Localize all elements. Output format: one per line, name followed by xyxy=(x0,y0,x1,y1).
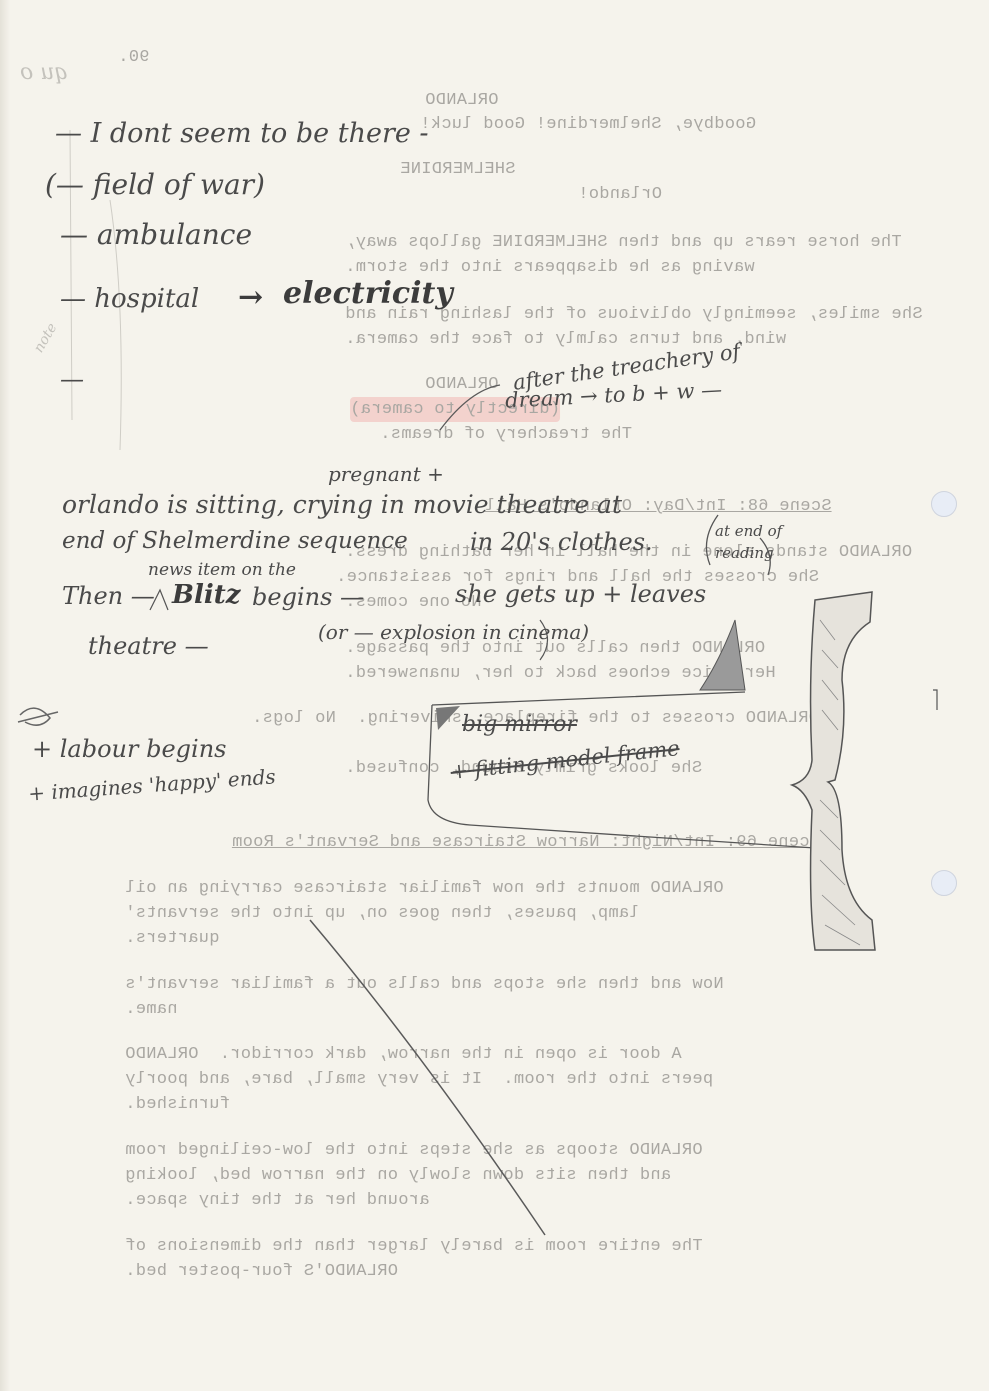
note-begins: begins — xyxy=(252,583,364,611)
note-ambulance: — ambulance xyxy=(60,218,252,251)
note-blitz: Blitz xyxy=(172,580,241,610)
note-at-end-of-reading: at end of reading xyxy=(715,520,785,564)
note-20s-clothes: in 20's clothes. xyxy=(470,528,653,556)
manuscript-page: 90. ORLANDO Goodbye, Shelmerdine! Good l… xyxy=(0,0,989,1391)
note-news-item: news item on the xyxy=(148,560,296,580)
note-pregnant: pregnant + xyxy=(328,462,444,486)
note-field-of-war: (— field of war) xyxy=(45,168,265,201)
arrow-icon: → xyxy=(238,280,263,315)
note-hospital: — hospital xyxy=(60,284,199,314)
note-explosion-cinema: (or — explosion in cinema) xyxy=(318,620,589,644)
pencil-sketch-layer xyxy=(0,0,989,1391)
note-labour-begins: + labour begins xyxy=(32,735,226,763)
faint-corner-note: qu o xyxy=(20,60,69,85)
note-orlando-sitting: orlando is sitting, crying in movie thea… xyxy=(62,490,622,519)
note-dash: — xyxy=(60,365,84,393)
note-then: Then — xyxy=(62,582,155,610)
note-she-gets-up: she gets up + leaves xyxy=(455,580,706,608)
note-big-mirror: big mirror xyxy=(462,712,577,737)
note-theatre: theatre — xyxy=(88,632,209,660)
note-end-of-sequence: end of Shelmerdine sequence xyxy=(62,528,408,554)
note-dont-seem-there: — I dont seem to be there - xyxy=(55,118,429,149)
note-electricity: electricity xyxy=(283,276,453,311)
